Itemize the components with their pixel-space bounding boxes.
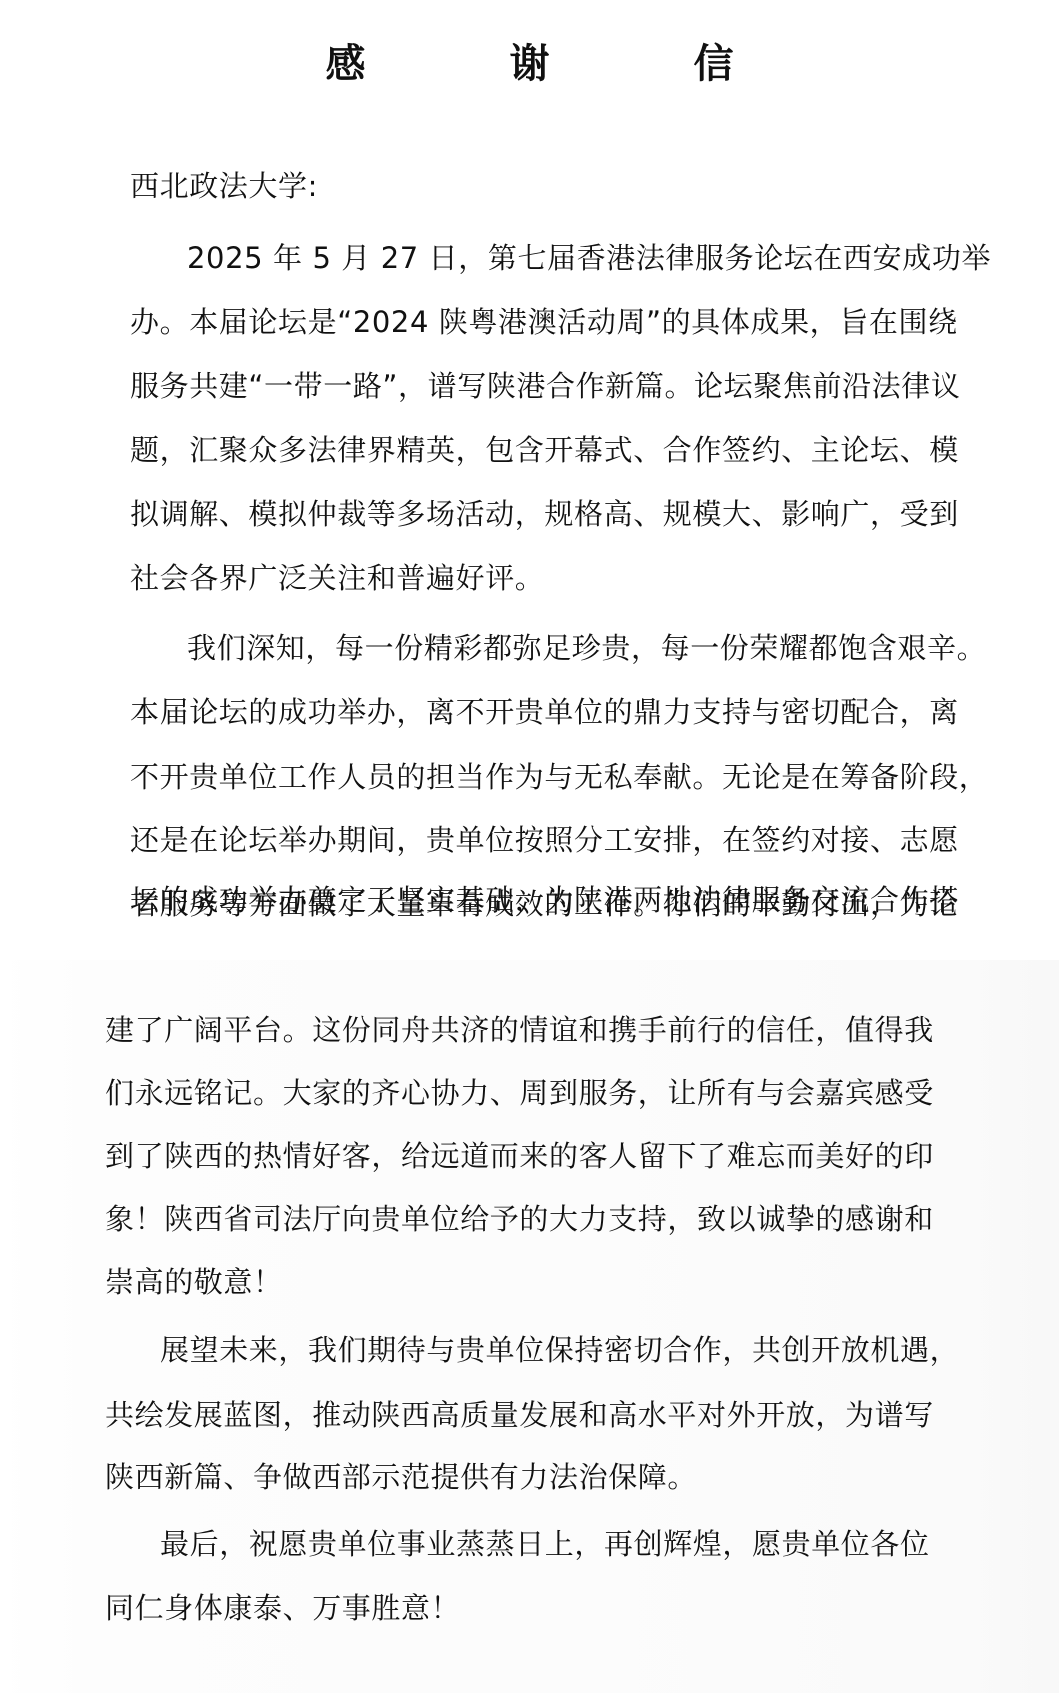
paragraph-line: 们永远铭记。大家的齐心协力、周到服务，让所有与会嘉宾感受 (105, 1075, 934, 1111)
paragraph-line: 办。本届论坛是“2024 陕粤港澳活动周”的具体成果，旨在围绕 (130, 304, 958, 340)
paragraph-line: 本届论坛的成功举办，离不开贵单位的鼎力支持与密切配合，离 (130, 694, 959, 730)
letter-page-2: 建了广阔平台。这份同舟共济的情谊和携手前行的信任，值得我 们永远铭记。大家的齐心… (0, 960, 1059, 1693)
paragraph-line: 象！陕西省司法厅向贵单位给予的大力支持，致以诚挚的感谢和 (105, 1201, 934, 1237)
paragraph-line: 最后，祝愿贵单位事业蒸蒸日上，再创辉煌，愿贵单位各位 (160, 1526, 930, 1562)
paragraph-line: 拟调解、模拟仲裁等多场活动，规格高、规模大、影响广，受到 (130, 496, 959, 532)
paragraph-line: 还是在论坛举办期间，贵单位按照分工安排，在签约对接、志愿 (130, 822, 959, 858)
paragraph-line: 崇高的敬意！ (105, 1264, 283, 1300)
paragraph-line: 到了陕西的热情好客，给远道而来的客人留下了难忘而美好的印 (105, 1138, 934, 1174)
letter-page-1: 感 谢 信 西北政法大学: 2025 年 5 月 27 日，第七届香港法律服务论… (0, 0, 1059, 960)
paragraph-line: 同仁身体康泰、万事胜意！ (105, 1590, 460, 1626)
salutation: 西北政法大学: (130, 168, 318, 204)
paragraph-line: 坛的成功举办奠定了坚实基础，为陕港两地法律服务交流合作搭 (130, 882, 959, 918)
paragraph-line: 社会各界广泛关注和普遍好评。 (130, 560, 544, 596)
paragraph-line: 我们深知，每一份精彩都弥足珍贵，每一份荣耀都饱含艰辛。 (187, 630, 986, 666)
paragraph-line: 陕西新篇、争做西部示范提供有力法治保障。 (105, 1459, 697, 1495)
letter-title: 感 谢 信 (0, 38, 1059, 90)
paragraph-line: 题，汇聚众多法律界精英，包含开幕式、合作签约、主论坛、模 (130, 432, 959, 468)
paragraph-line: 服务共建“一带一路”，谱写陕港合作新篇。论坛聚焦前沿法律议 (130, 368, 960, 404)
paragraph-line: 展望未来，我们期待与贵单位保持密切合作，共创开放机遇， (160, 1332, 959, 1368)
paragraph-line: 建了广阔平台。这份同舟共济的情谊和携手前行的信任，值得我 (105, 1012, 934, 1048)
paragraph-line: 2025 年 5 月 27 日，第七届香港法律服务论坛在西安成功举 (187, 240, 991, 276)
paragraph-line: 共绘发展蓝图，推动陕西高质量发展和高水平对外开放，为谱写 (105, 1397, 934, 1433)
paragraph-line: 不开贵单位工作人员的担当作为与无私奉献。无论是在筹备阶段， (130, 759, 988, 795)
